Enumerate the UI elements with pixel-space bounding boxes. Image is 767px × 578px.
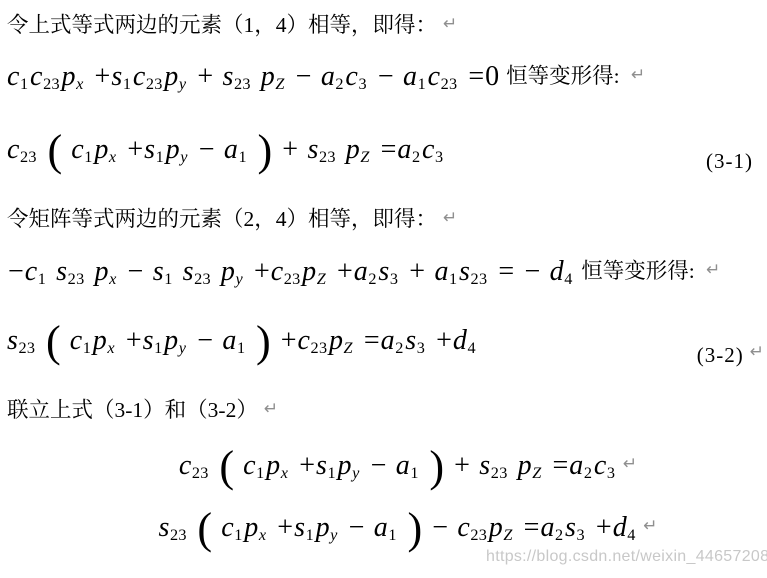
pilcrow-mark: ↵ (443, 208, 457, 228)
paragraph-intro-2: 令矩阵等式两边的元素（2，4）相等，即得：↵ (7, 203, 767, 234)
math-expression: −c1 s23 px − s1 s23 py +c23pZ +a2s3 + a1… (7, 256, 574, 287)
math-expression: c1c23px +s1c23py + s23 pZ − a2c3 − a1c23… (7, 61, 499, 92)
paragraph-text: 联立上式（3-1）和（3-2） (7, 398, 258, 422)
math-expression: c23 ( c1px +s1py − a1 ) + s23 pZ =a2c3 (7, 134, 445, 165)
math-expression: c23 ( c1px +s1py − a1 ) + s23 pZ =a2c3 (179, 450, 617, 481)
paragraph-text: 令矩阵等式两边的元素（2，4）相等，即得： (7, 207, 437, 231)
paragraph-text: 令上式等式两边的元素（1，4）相等，即得： (7, 13, 437, 37)
pilcrow-mark: ↵ (750, 342, 765, 362)
pilcrow-mark: ↵ (443, 14, 457, 34)
system-equation-2: s23 ( c1px +s1py − a1 ) − c23pZ =a2s3 +d… (7, 504, 767, 553)
equation-element-2-4: −c1 s23 px − s1 s23 py +c23pZ +a2s3 + a1… (7, 248, 767, 297)
paragraph-combine: 联立上式（3-1）和（3-2）↵ (7, 394, 767, 425)
pilcrow-mark: ↵ (623, 454, 637, 474)
paragraph-intro-1: 令上式等式两边的元素（1，4）相等，即得：↵ (7, 9, 767, 40)
math-expression: s23 ( c1px +s1py − a1 ) +c23pZ =a2s3 +d4 (7, 325, 477, 356)
system-equation-1: c23 ( c1px +s1py − a1 ) + s23 pZ =a2c3↵ (7, 442, 767, 491)
pilcrow-mark: ↵ (264, 399, 278, 419)
equation-number-label: (3-1) (706, 139, 753, 183)
equation-number-label: (3-2)↵ (697, 330, 765, 377)
equation-trailing-text: 恒等变形得: (581, 259, 700, 283)
csdn-watermark: https://blog.csdn.net/weixin_44657208 (486, 548, 767, 566)
equation-element-1-4: c1c23px +s1c23py + s23 pZ − a2c3 − a1c23… (7, 53, 767, 102)
pilcrow-mark: ↵ (643, 516, 657, 536)
equation-trailing-text: 恒等变形得: (506, 64, 625, 88)
math-expression: s23 ( c1px +s1py − a1 ) − c23pZ =a2s3 +d… (158, 512, 637, 543)
equation-3-1: c23 ( c1px +s1py − a1 ) + s23 pZ =a2c3 (… (7, 128, 767, 175)
pilcrow-mark: ↵ (706, 260, 720, 280)
equation-number-text: (3-2) (697, 343, 744, 367)
document-page: 令上式等式两边的元素（1，4）相等，即得：↵ c1c23px +s1c23py … (0, 0, 767, 578)
pilcrow-mark: ↵ (631, 65, 645, 85)
equation-3-2: s23 ( c1px +s1py − a1 ) +c23pZ =a2s3 +d4… (7, 319, 767, 366)
